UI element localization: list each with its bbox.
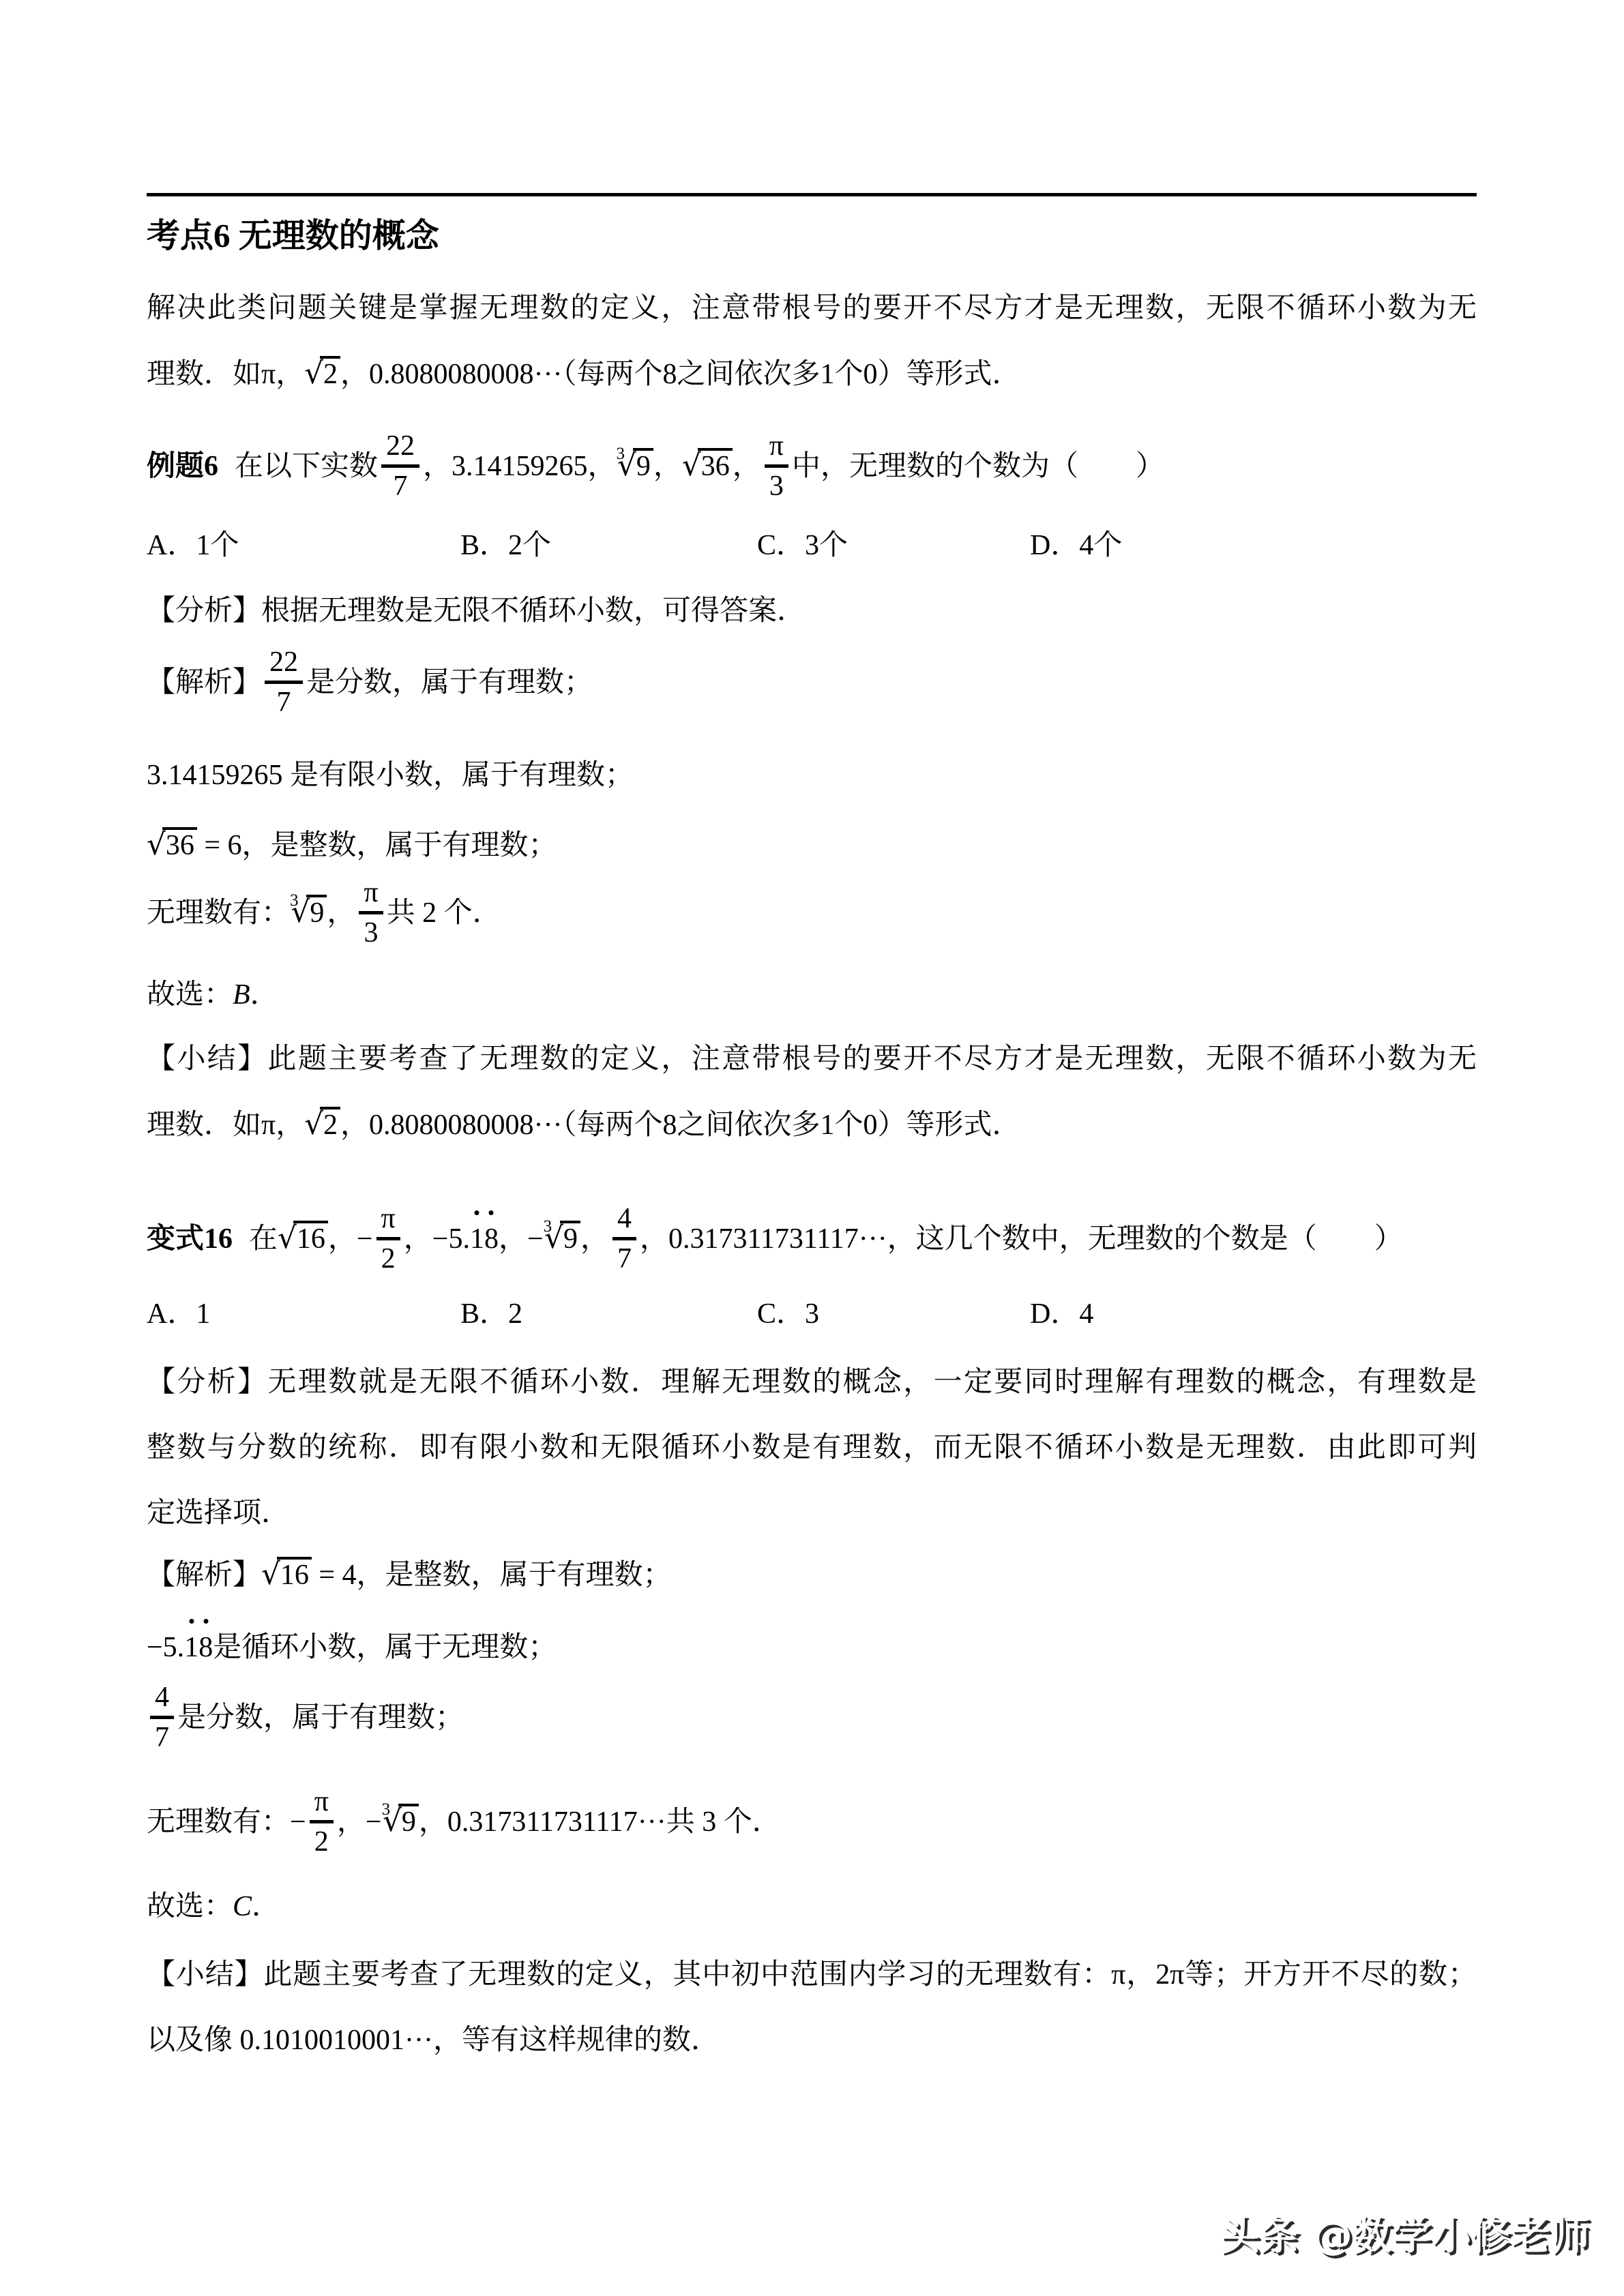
fraction-pi-3: π3: [765, 428, 788, 505]
option-c: C．3: [757, 1294, 1030, 1335]
summary-text-pre: 理数．如π，: [147, 1109, 304, 1141]
fraction-22-7: 227: [381, 428, 419, 505]
solution-label: 【解析】: [147, 1560, 261, 1591]
denominator: 3: [359, 914, 383, 951]
variant16-solution-line-1: 【解析】√16 = 4，是整数，属于有理数；: [147, 1554, 1477, 1596]
denominator: 3: [765, 468, 788, 505]
question-separator: ，−5.: [404, 1223, 470, 1255]
answer-prefix: 故选：: [147, 979, 233, 1011]
question-text-pre: 在以下实数: [235, 451, 378, 482]
repeating-digit-1: 1: [184, 1627, 198, 1668]
fraction-4-7: 47: [150, 1679, 174, 1756]
variant16-answer: 故选：C．: [147, 1886, 1477, 1927]
variant16-analysis-line-1: 【分析】无理数就是无限不循环小数．理解无理数的概念，一定要同时理解有理数的概念，…: [147, 1362, 1477, 1403]
option-b: B．2个: [460, 525, 757, 566]
denominator: 2: [310, 1823, 334, 1860]
question-separator: ，−: [328, 1223, 373, 1255]
denominator: 7: [150, 1719, 174, 1756]
variant16-summary-line-1: 【小结】此题主要考查了无理数的定义，其中初中范围内学习的无理数有：π，2π等；开…: [147, 1954, 1477, 1995]
variant16-question: 变式16在√16，−π2，−5.18，−3√9，47，0.31731173111…: [147, 1203, 1477, 1280]
radicand: 16: [277, 1557, 312, 1591]
fraction-22-7: 227: [265, 644, 303, 721]
radicand: 16: [293, 1221, 328, 1255]
sqrt-16: √16: [261, 1560, 312, 1591]
example6-answer: 故选：B．: [147, 974, 1477, 1015]
numerator: π: [377, 1200, 400, 1240]
variant16-solution-line-4: 无理数有：−π2，−3√9，0.317311731117···共 3 个．: [147, 1786, 1477, 1863]
numerator: 22: [381, 428, 419, 468]
question-text-post: 中，无理数的个数为（ ）: [792, 451, 1164, 482]
solution-text-post: 共 2 个．: [387, 897, 501, 929]
solution-separator: ，: [327, 897, 355, 929]
repeating-digit-1: 1: [470, 1219, 484, 1259]
solution-text-pre: 无理数有：−: [147, 1806, 306, 1838]
question-separator: ，−: [499, 1223, 544, 1255]
variant16-options: A．1B．2C．3D．4: [147, 1294, 1477, 1335]
answer-period: ．: [250, 979, 279, 1011]
section-title: 考点6 无理数的概念: [147, 214, 1477, 258]
solution-text-post: 是循环小数，属于无理数；: [213, 1632, 557, 1663]
numerator: π: [765, 428, 788, 468]
solution-text: = 6，是整数，属于有理数；: [197, 830, 557, 861]
intro-line-2: 理数．如π，√2，0.8080080008···（每两个8之间依次多1个0）等形…: [147, 353, 1477, 395]
option-d: D．4: [1030, 1294, 1093, 1335]
intro-text-pre: 理数．如π，: [147, 359, 304, 390]
root-index: 3: [617, 434, 625, 475]
denominator: 2: [377, 1240, 400, 1277]
radicand: 9: [398, 1804, 419, 1838]
root-index: 3: [544, 1206, 552, 1247]
example6-label: 例题6: [147, 451, 218, 482]
example6-summary-line-1: 【小结】此题主要考查了无理数的定义，注意带根号的要开不尽方才是无理数，无限不循环…: [147, 1039, 1477, 1079]
example6-solution-line-2: 3.14159265 是有限小数，属于有理数；: [147, 755, 1477, 796]
fraction-pi-2: π2: [310, 1783, 334, 1860]
repeating-digit-8: 8: [484, 1219, 499, 1259]
document-body: 考点6 无理数的概念 解决此类问题关键是掌握无理数的定义，注意带根号的要开不尽方…: [147, 193, 1477, 2061]
variant16-analysis-line-2: 整数与分数的统称．即有限小数和无限循环小数是有理数，而无限不循环小数是无理数．由…: [147, 1427, 1477, 1468]
numerator: 22: [265, 644, 303, 684]
sqrt-36: √36: [147, 830, 197, 861]
fraction-pi-3: π3: [359, 874, 383, 951]
answer-letter: B: [233, 979, 250, 1011]
solution-text-post: ，0.317311731117···共 3 个．: [419, 1806, 781, 1838]
numerator: π: [310, 1783, 334, 1823]
sqrt-2: √2: [304, 359, 340, 390]
variant16-solution-line-2: −5.18是循环小数，属于无理数；: [147, 1627, 1477, 1668]
horizontal-rule: [147, 193, 1477, 196]
question-separator: ，: [653, 451, 682, 482]
question-separator: ，: [733, 451, 761, 482]
option-a: A．1个: [147, 525, 460, 566]
cbrt-9: 3√9: [544, 1223, 580, 1255]
radicand: 2: [320, 356, 340, 390]
example6-solution-line-3: √36 = 6，是整数，属于有理数；: [147, 824, 1477, 866]
answer-period: ．: [252, 1891, 280, 1922]
variant16-analysis-line-3: 定选择项．: [147, 1493, 1477, 1534]
option-d: D．4个: [1030, 525, 1122, 566]
cbrt-9: 3√9: [382, 1806, 419, 1838]
cbrt-9: 3√9: [617, 451, 653, 482]
numerator: 4: [150, 1679, 174, 1719]
cbrt-9: 3√9: [290, 897, 327, 929]
radicand: 9: [633, 448, 653, 482]
sqrt-2: √2: [304, 1109, 340, 1141]
intro-text-post: ，0.8080080008···（每两个8之间依次多1个0）等形式．: [340, 359, 1020, 390]
answer-letter: C: [233, 1891, 252, 1922]
example6-solution-line-4: 无理数有：3√9，π3共 2 个．: [147, 877, 1477, 954]
repeating-digit-8: 8: [198, 1627, 213, 1668]
example6-solution-line-1: 【解析】227是分数，属于有理数；: [147, 646, 1477, 724]
variant16-summary-line-2: 以及像 0.1010010001···，等有这样规律的数．: [147, 2020, 1477, 2061]
solution-text: 是分数，属于有理数；: [177, 1702, 464, 1733]
solution-text: 是分数，属于有理数；: [306, 667, 593, 698]
radicand: 9: [560, 1221, 580, 1255]
denominator: 7: [381, 468, 419, 505]
solution-separator: ，−: [337, 1806, 382, 1838]
question-text-post: ，0.317311731117···，这几个数中，无理数的个数是（ ）: [640, 1223, 1403, 1255]
fraction-pi-2: π2: [377, 1200, 400, 1277]
question-text-pre: 在: [249, 1223, 278, 1255]
solution-text: = 4，是整数，属于有理数；: [312, 1560, 672, 1591]
sqrt-16: √16: [278, 1223, 328, 1255]
solution-text-pre: 无理数有：: [147, 897, 290, 929]
watermark: 头条 @数学小修老师: [1220, 2203, 1590, 2261]
numerator: π: [359, 874, 383, 914]
denominator: 7: [612, 1240, 636, 1277]
sqrt-36: √36: [682, 451, 733, 482]
fraction-4-7: 47: [612, 1200, 636, 1277]
radicand: 2: [320, 1107, 340, 1141]
option-b: B．2: [460, 1294, 757, 1335]
solution-label: 【解析】: [147, 667, 261, 698]
example6-summary-line-2: 理数．如π，√2，0.8080080008···（每两个8之间依次多1个0）等形…: [147, 1104, 1477, 1146]
radicand: 36: [698, 448, 733, 482]
variant16-solution-line-3: 47是分数，属于有理数；: [147, 1682, 1477, 1759]
summary-text-post: ，0.8080080008···（每两个8之间依次多1个0）等形式．: [340, 1109, 1020, 1141]
example6-options: A．1个B．2个C．3个D．4个: [147, 525, 1477, 566]
answer-prefix: 故选：: [147, 1891, 233, 1922]
intro-line-1: 解决此类问题关键是掌握无理数的定义，注意带根号的要开不尽方才是无理数，无限不循环…: [147, 288, 1477, 329]
example6-analysis: 【分析】根据无理数是无限不循环小数，可得答案．: [147, 591, 1477, 631]
radicand: 36: [162, 827, 197, 861]
numerator: 4: [612, 1200, 636, 1240]
option-a: A．1: [147, 1294, 460, 1335]
example6-question: 例题6在以下实数227，3.14159265，3√9，√36，π3中，无理数的个…: [147, 430, 1477, 507]
radicand: 9: [306, 895, 327, 929]
option-c: C．3个: [757, 525, 1030, 566]
denominator: 7: [265, 684, 303, 721]
variant16-label: 变式16: [147, 1223, 233, 1255]
root-index: 3: [290, 880, 299, 921]
question-separator: ，: [580, 1223, 609, 1255]
root-index: 3: [382, 1789, 391, 1830]
question-separator: ，3.14159265，: [423, 451, 617, 482]
solution-text-pre: −5.: [147, 1632, 184, 1663]
